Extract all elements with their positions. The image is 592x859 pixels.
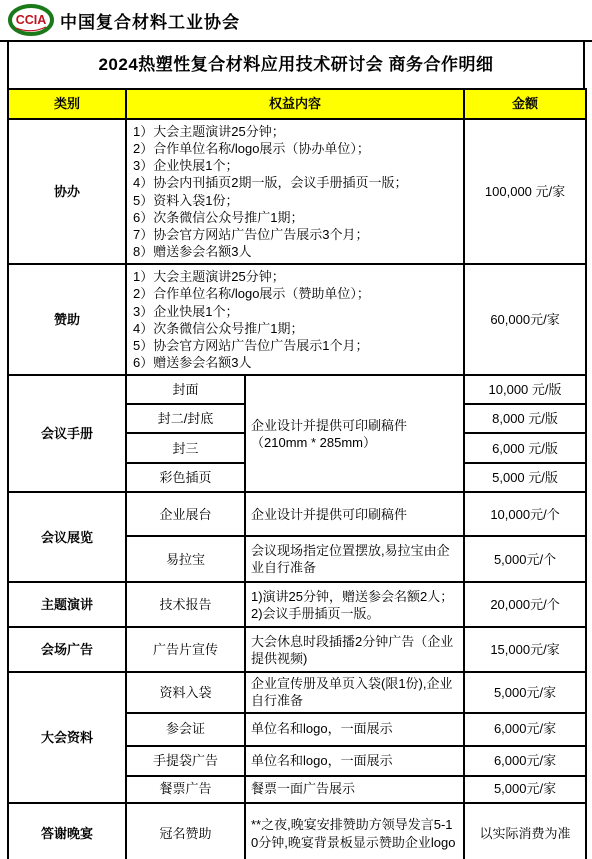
table-row: 主题演讲 技术报告 1)演讲25分钟，赠送参会名额2人； 2)会议手册插页一版。… [8, 582, 586, 627]
description-cell: 1)演讲25分钟，赠送参会名额2人； 2)会议手册插页一版。 [245, 582, 464, 627]
item-label-cell: 易拉宝 [126, 536, 245, 582]
amount-cell: 20,000元/个 [464, 582, 586, 627]
description-cell: **之夜,晚宴安排赞助方领导发言5-10分钟,晚宴背景板显示赞助企业logo [245, 803, 464, 859]
table-row: 协办 1）大会主题演讲25分钟； 2）合作单位名称/logo展示（协办单位）； … [8, 119, 586, 264]
col-header-amount: 金额 [464, 89, 586, 119]
amount-cell: 6,000元/家 [464, 713, 586, 746]
table-row: 大会资料 资料入袋 企业宣传册及单页入袋(限1份),企业自行准备 5,000元/… [8, 672, 586, 712]
item-label-cell: 资料入袋 [126, 672, 245, 712]
table-row: 赞助 1）大会主题演讲25分钟； 2）合作单位名称/logo展示（赞助单位）； … [8, 264, 586, 375]
page-title: 2024热塑性复合材料应用技术研讨会 商务合作明细 [7, 42, 585, 88]
benefits-cell: 1）大会主题演讲25分钟； 2）合作单位名称/logo展示（赞助单位）； 3）企… [126, 264, 464, 375]
item-label-cell: 技术报告 [126, 582, 245, 627]
amount-cell: 6,000 元/版 [464, 433, 586, 463]
amount-cell: 15,000元/家 [464, 627, 586, 672]
category-cell: 赞助 [8, 264, 126, 375]
item-label-cell: 封三 [126, 433, 245, 463]
amount-cell: 5,000元/个 [464, 536, 586, 582]
item-label-cell: 广告片宣传 [126, 627, 245, 672]
item-label-cell: 参会证 [126, 713, 245, 746]
description-cell: 企业设计并提供可印刷稿件 （210mm * 285mm） [245, 375, 464, 492]
org-name: 中国复合材料工业协会 [60, 8, 240, 33]
item-label-cell: 冠名赞助 [126, 803, 245, 859]
table-header-row: 类别 权益内容 金额 [8, 89, 586, 119]
item-label-cell: 封面 [126, 375, 245, 404]
table-row: 会场广告 广告片宣传 大会休息时段插播2分钟广告（企业提供视频) 15,000元… [8, 627, 586, 672]
category-cell: 答谢晚宴 [8, 803, 126, 859]
description-cell: 会议现场指定位置摆放,易拉宝由企业自行准备 [245, 536, 464, 582]
cooperation-table: 类别 权益内容 金额 协办 1）大会主题演讲25分钟； 2）合作单位名称/log… [7, 88, 587, 859]
benefits-cell: 1）大会主题演讲25分钟； 2）合作单位名称/logo展示（协办单位）； 3）企… [126, 119, 464, 264]
table-row: 会议手册 封面 企业设计并提供可印刷稿件 （210mm * 285mm） 10,… [8, 375, 586, 404]
amount-cell: 5,000 元/版 [464, 463, 586, 492]
org-header: CCIA 中国复合材料工业协会 [0, 0, 592, 42]
item-label-cell: 手提袋广告 [126, 746, 245, 776]
item-label-cell: 企业展台 [126, 492, 245, 536]
description-cell: 大会休息时段插播2分钟广告（企业提供视频) [245, 627, 464, 672]
description-cell: 单位名和logo，一面展示 [245, 713, 464, 746]
table-row: 答谢晚宴 冠名赞助 **之夜,晚宴安排赞助方领导发言5-10分钟,晚宴背景板显示… [8, 803, 586, 859]
amount-cell: 5,000元/家 [464, 776, 586, 803]
category-cell: 协办 [8, 119, 126, 264]
description-cell: 餐票一面广告展示 [245, 776, 464, 803]
ccia-logo-icon: CCIA [8, 3, 54, 37]
amount-cell: 6,000元/家 [464, 746, 586, 776]
col-header-benefits: 权益内容 [126, 89, 464, 119]
description-cell: 企业设计并提供可印刷稿件 [245, 492, 464, 536]
category-cell: 会议手册 [8, 375, 126, 492]
item-label-cell: 餐票广告 [126, 776, 245, 803]
col-header-category: 类别 [8, 89, 126, 119]
table-row: 会议展览 企业展台 企业设计并提供可印刷稿件 10,000元/个 [8, 492, 586, 536]
amount-cell: 100,000 元/家 [464, 119, 586, 264]
amount-cell: 以实际消费为准 [464, 803, 586, 859]
amount-cell: 60,000元/家 [464, 264, 586, 375]
item-label-cell: 封二/封底 [126, 404, 245, 433]
amount-cell: 5,000元/家 [464, 672, 586, 712]
item-label-cell: 彩色插页 [126, 463, 245, 492]
description-cell: 企业宣传册及单页入袋(限1份),企业自行准备 [245, 672, 464, 712]
amount-cell: 10,000 元/版 [464, 375, 586, 404]
ccia-logo-text: CCIA [16, 13, 47, 27]
category-cell: 大会资料 [8, 672, 126, 802]
amount-cell: 8,000 元/版 [464, 404, 586, 433]
category-cell: 会场广告 [8, 627, 126, 672]
description-cell: 单位名和logo，一面展示 [245, 746, 464, 776]
amount-cell: 10,000元/个 [464, 492, 586, 536]
category-cell: 会议展览 [8, 492, 126, 582]
category-cell: 主题演讲 [8, 582, 126, 627]
